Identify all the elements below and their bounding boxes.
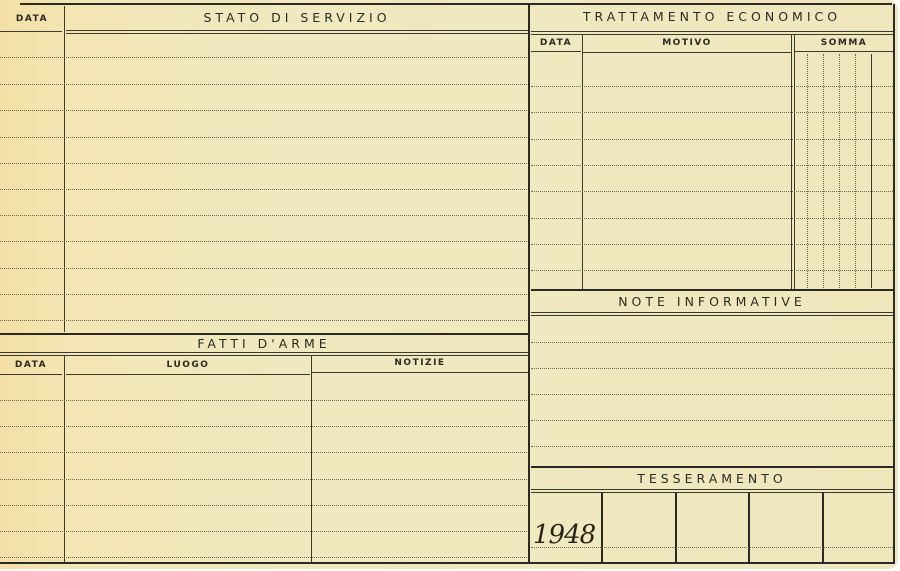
- note-row-line: [531, 368, 893, 369]
- note-row-line: [531, 394, 893, 395]
- fatti-row-line: [0, 426, 527, 427]
- stato-row-line: [0, 110, 527, 111]
- tratt-col-motivo-header: MOTIVO: [583, 38, 791, 48]
- stato-di-servizio-title: STATO DI SERVIZIO: [66, 10, 528, 25]
- somma-digit-divider: [823, 54, 824, 288]
- tratt-row-line: [531, 139, 893, 140]
- note-row-line: [531, 342, 893, 343]
- fatti-subheader-line: [0, 374, 62, 375]
- stato-header-line: [0, 31, 62, 32]
- tesseramento-header-line: [531, 489, 893, 490]
- somma-decimal-divider: [871, 54, 872, 288]
- stato-row-line: [0, 215, 527, 216]
- tesseramento-divider-2: [675, 493, 677, 562]
- tesseramento-cell-4[interactable]: [751, 494, 821, 560]
- stato-header-line-3: [66, 33, 528, 34]
- note-header-line-2: [531, 315, 893, 316]
- tesseramento-top-line: [531, 466, 893, 468]
- tratt-col-somma-header: SOMMA: [795, 38, 893, 48]
- service-record-card: DATA STATO DI SERVIZIO FATTI D'ARME DATA…: [0, 0, 898, 569]
- fatti-row-line: [0, 557, 527, 558]
- fatti-row-line: [0, 400, 527, 401]
- tesseramento-cell-5[interactable]: [825, 494, 892, 560]
- tratt-col-divider-3: [794, 35, 795, 289]
- tesseramento-divider-4: [822, 493, 824, 562]
- right-border: [893, 4, 895, 564]
- fatti-row-line: [0, 505, 527, 506]
- stato-row-line: [0, 84, 527, 85]
- tratt-row-line: [531, 218, 893, 219]
- note-header-line: [531, 312, 893, 313]
- tratt-header-line: [531, 31, 893, 32]
- tratt-subheader-line-3: [795, 51, 893, 52]
- stato-row-line: [0, 189, 527, 190]
- fatti-d-arme-title: FATTI D'ARME: [0, 336, 528, 351]
- somma-digit-divider: [855, 54, 856, 288]
- fatti-top-line: [0, 333, 528, 335]
- note-row-line: [531, 446, 893, 447]
- fatti-header-line-2: [0, 355, 528, 356]
- tratt-col-divider-2: [791, 35, 792, 289]
- tesseramento-divider-3: [748, 493, 750, 562]
- trattamento-economico-title: TRATTAMENTO ECONOMICO: [531, 9, 893, 24]
- fatti-col-notizie-header: NOTIZIE: [312, 358, 528, 368]
- stato-row-line: [0, 320, 527, 321]
- tratt-subheader-line: [531, 51, 581, 52]
- stato-row-line: [0, 163, 527, 164]
- top-border: [20, 3, 892, 5]
- stato-row-line: [0, 57, 527, 58]
- fatti-col-data-header: DATA: [0, 360, 62, 370]
- fatti-row-line: [0, 479, 527, 480]
- somma-digit-divider: [807, 54, 808, 288]
- note-informative-title: NOTE INFORMATIVE: [531, 294, 893, 309]
- stato-row-line: [0, 137, 527, 138]
- note-top-line: [531, 289, 893, 291]
- tesseramento-title: TESSERAMENTO: [531, 471, 893, 486]
- bottom-border: [0, 562, 894, 564]
- tratt-col-data-header: DATA: [531, 38, 581, 48]
- note-row-line: [531, 420, 893, 421]
- stato-col-data-header: DATA: [2, 14, 62, 24]
- stato-row-line: [0, 294, 527, 295]
- fatti-row-line: [0, 452, 527, 453]
- somma-digit-divider: [839, 54, 840, 288]
- tratt-row-line: [531, 165, 893, 166]
- tesseramento-cell-3[interactable]: [678, 494, 747, 560]
- tratt-row-line: [531, 270, 893, 271]
- center-divider: [528, 4, 530, 562]
- tesseramento-divider-1: [601, 493, 603, 562]
- tratt-subheader-line-2: [583, 52, 791, 53]
- tesseramento-cell-1[interactable]: 1948: [533, 520, 595, 550]
- fatti-subheader-line-2: [66, 374, 310, 375]
- tratt-row-line: [531, 244, 893, 245]
- fatti-header-line: [0, 352, 528, 353]
- tratt-row-line: [531, 191, 893, 192]
- fatti-subheader-line-3: [312, 372, 528, 373]
- stato-row-line: [0, 268, 527, 269]
- fatti-row-line: [0, 531, 527, 532]
- stato-header-line-2: [66, 30, 528, 31]
- tratt-header-line-2: [531, 34, 893, 35]
- tratt-col-divider-1: [582, 35, 583, 289]
- tratt-row-line: [531, 86, 893, 87]
- tesseramento-header-line-2: [531, 492, 893, 493]
- tratt-row-line: [531, 112, 893, 113]
- stato-col-divider: [64, 6, 65, 332]
- fatti-col-luogo-header: LUOGO: [66, 360, 310, 370]
- tesseramento-cell-2[interactable]: [604, 494, 674, 560]
- stato-row-line: [0, 241, 527, 242]
